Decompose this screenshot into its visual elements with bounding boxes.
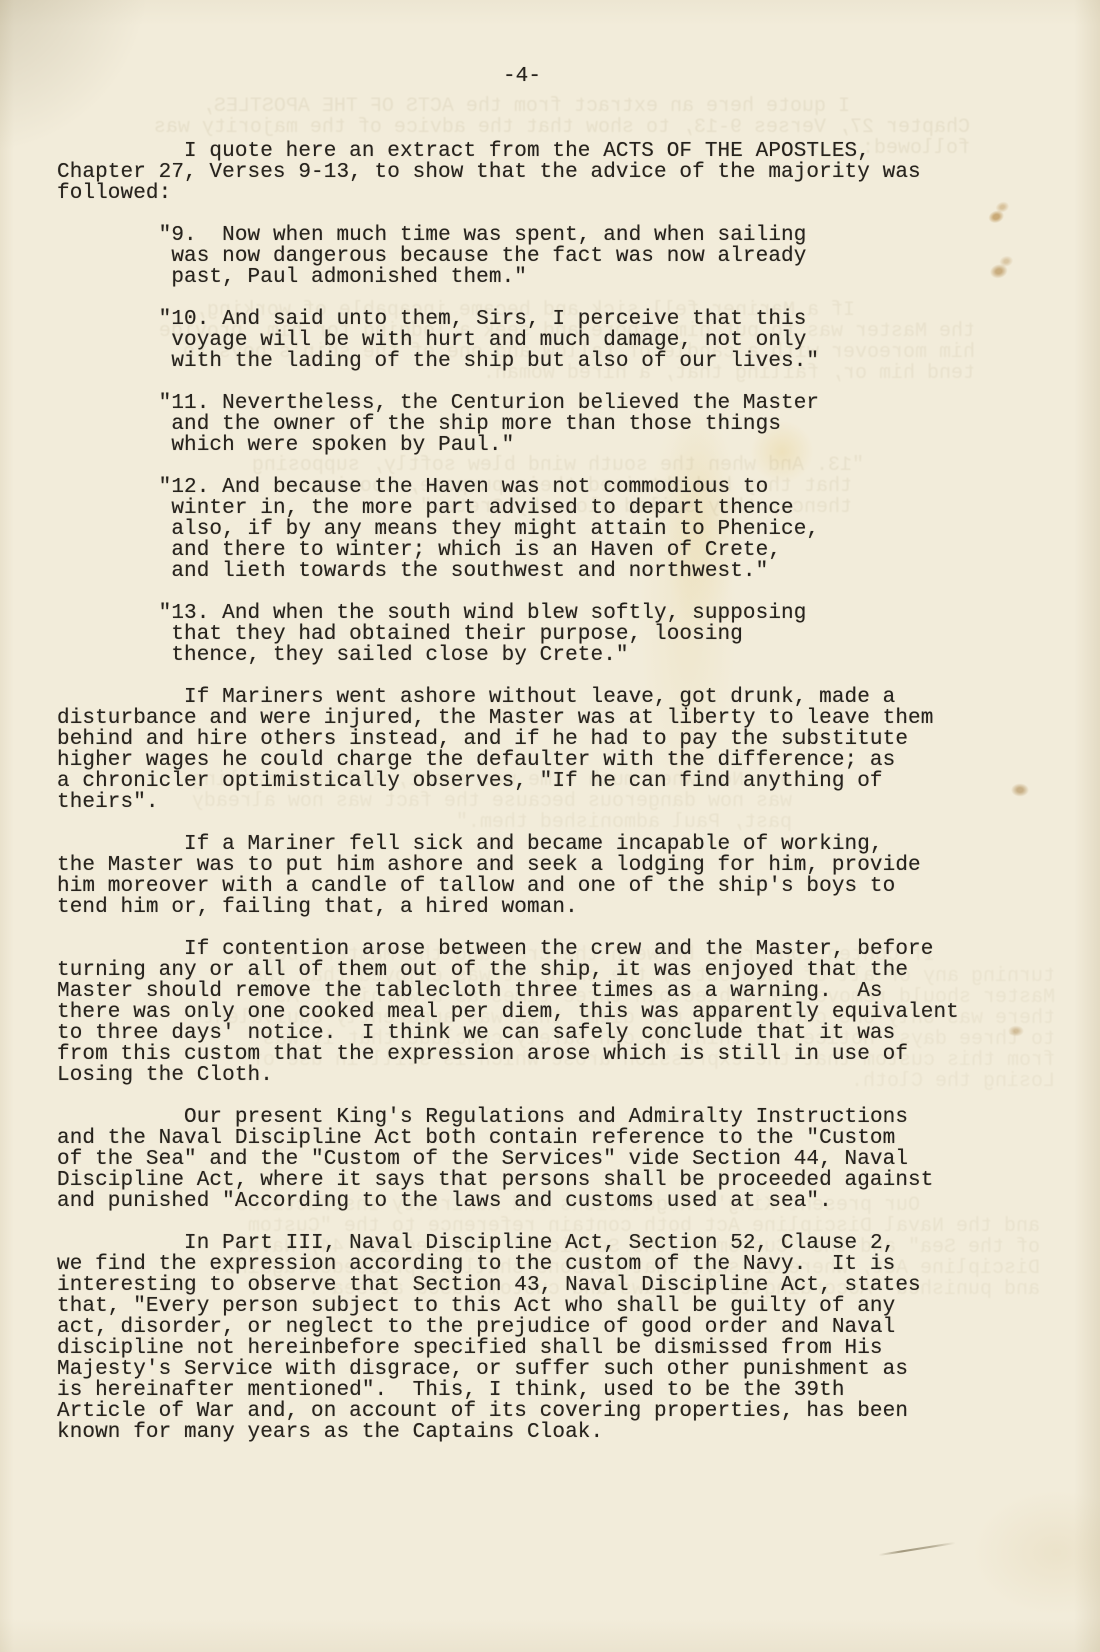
quote-verse-13: "13. And when the south wind blew softly…: [57, 603, 1047, 666]
paragraph-mariners-ashore: If Mariners went ashore without leave, g…: [57, 687, 1047, 813]
paragraph-part-iii: In Part III, Naval Discipline Act, Secti…: [57, 1233, 1047, 1443]
scanned-document-page: I quote here an extract from the ACTS OF…: [0, 0, 1100, 1652]
typewritten-content: -4- I quote here an extract from the ACT…: [57, 66, 1047, 1443]
quote-verse-12: "12. And because the Haven was not commo…: [57, 477, 1047, 582]
quote-verse-9: "9. Now when much time was spent, and wh…: [57, 225, 1047, 288]
page-number: -4-: [57, 66, 987, 87]
scratch-mark: [878, 1542, 955, 1556]
paragraph-contention: If contention arose between the crew and…: [57, 939, 1047, 1086]
paragraph-mariner-sick: If a Mariner fell sick and became incapa…: [57, 834, 1047, 918]
quote-verse-10: "10. And said unto them, Sirs, I perceiv…: [57, 309, 1047, 372]
paragraph-intro: I quote here an extract from the ACTS OF…: [57, 141, 1047, 204]
paragraph-kings-regulations: Our present King's Regulations and Admir…: [57, 1107, 1047, 1212]
quote-verse-11: "11. Nevertheless, the Centurion believe…: [57, 393, 1047, 456]
